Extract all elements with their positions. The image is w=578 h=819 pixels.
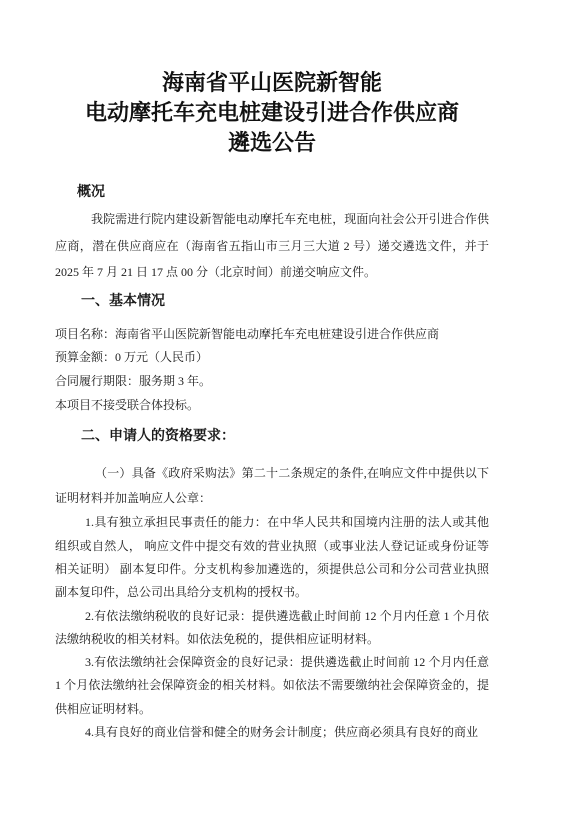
title-line-1: 海南省平山医院新智能 [55,68,489,98]
section2-heading: 二、申请人的资格要求： [55,428,489,446]
section1-heading: 一、基本情况 [55,293,489,311]
document-content: 海南省平山医院新智能 电动摩托车充电桩建设引进合作供应商 遴选公告 概况 我院需… [55,0,489,744]
overview-paragraph: 我院需进行院内建设新智能电动摩托车充电桩，现面向社会公开引进合作供应商，潜在供应… [55,206,489,286]
qualification-item-4: 4.具有良好的商业信誉和健全的财务会计制度；供应商必须具有良好的商业 [55,721,489,744]
project-name-line: 项目名称：海南省平山医院新智能电动摩托车充电桩建设引进合作供应商 [55,323,489,347]
qualification-item-3: 3.有依法缴纳社会保障资金的良好记录：提供遴选截止时间前 12 个月内任意 1 … [55,651,489,721]
title-line-2: 电动摩托车充电桩建设引进合作供应商 [55,98,489,128]
budget-amount-line: 预算金额：0 万元（人民币） [55,346,489,370]
qualification-item-1: 1.具有独立承担民事责任的能力：在中华人民共和国境内注册的法人或其他组织或自然人… [55,511,489,604]
section2-items: 1.具有独立承担民事责任的能力：在中华人民共和国境内注册的法人或其他组织或自然人… [55,511,489,744]
contract-period-line: 合同履行期限：服务期 3 年。 [55,370,489,394]
consortium-note-line: 本项目不接受联合体投标。 [55,394,489,418]
document-title: 海南省平山医院新智能 电动摩托车充电桩建设引进合作供应商 遴选公告 [55,68,489,158]
title-line-3: 遴选公告 [55,128,489,158]
document-page: 海南省平山医院新智能 电动摩托车充电桩建设引进合作供应商 遴选公告 概况 我院需… [0,0,578,819]
qualification-item-2: 2.有依法缴纳税收的良好记录：提供遴选截止时间前 12 个月内任意 1 个月依法… [55,605,489,652]
overview-heading: 概况 [55,184,489,202]
section2-intro-paragraph: （一）具备《政府采购法》第二十二条规定的条件,在响应文件中提供以下证明材料并加盖… [55,461,489,511]
section1-items: 项目名称：海南省平山医院新智能电动摩托车充电桩建设引进合作供应商 预算金额：0 … [55,323,489,418]
